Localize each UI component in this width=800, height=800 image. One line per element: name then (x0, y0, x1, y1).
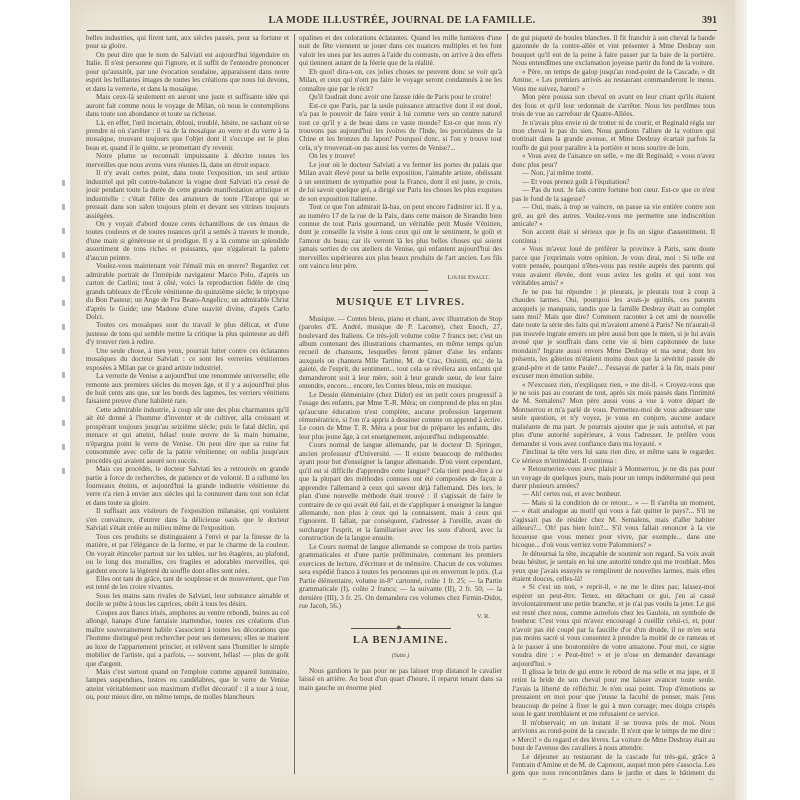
section-title-musique: MUSIQUE ET LIVRES. (299, 299, 502, 307)
column-2: opalines et des colorations éclatantes. … (299, 34, 502, 780)
paragraph: Mais ces procédés, le docteur Salviati l… (86, 465, 289, 507)
paragraph: Qu'il faudrait donc avoir une fausse idé… (299, 93, 502, 101)
column-1: belles industries, qui firent tant, aux … (86, 34, 289, 780)
paragraph: — Pas du tout. Je fais contre fortune bo… (512, 186, 715, 203)
paragraph: Mon père poussa son cheval en avant en l… (512, 93, 715, 118)
paragraph: — Ah! certes oui, et avec bonheur. (512, 490, 715, 498)
newspaper-page: LA MODE ILLUSTRÉE, JOURNAL DE LA FAMILLE… (70, 0, 735, 800)
paragraph: Il suffisait aux visiteurs de l'expositi… (86, 507, 289, 532)
column-rule (507, 34, 508, 774)
paragraph: On peut dire que le nom de Salviati est … (86, 51, 289, 93)
binding-marks (62, 180, 65, 480)
paragraph: « Si c'est un non, » reprit-il, « ne me … (512, 583, 715, 668)
page-number: 391 (702, 15, 717, 26)
paragraph: Là, en effet, l'œil incertain, ébloui, t… (86, 119, 289, 153)
paragraph: On y voyait d'abord douze cents échantil… (86, 220, 289, 262)
paragraph: de gui piqueté de boules blanches. Il fi… (512, 34, 715, 68)
musique-et-livres-body: Musique. — Contes bleus, piano et chant,… (299, 315, 502, 611)
paragraph: belles industries, qui firent tant, aux … (86, 34, 289, 51)
paragraph: Mais c'est surtout quand on l'emploie co… (86, 668, 289, 702)
paragraph: « Retourneriez-vous avec plaisir à Monts… (512, 465, 715, 490)
column-rule (294, 34, 295, 774)
paragraph: Voulez-vous maintenant voir l'émail mis … (86, 262, 289, 321)
paragraph: « Vous m'avez loué de préférer la provin… (512, 245, 715, 287)
paragraph: Il m'observait; en un instant il se trou… (512, 719, 715, 753)
paragraph: Le Dessin élémentaire (chez Didot) est u… (299, 391, 502, 442)
story-body-start: Nous gardions le pas pour ne pas laisser… (299, 667, 502, 692)
paragraph: Il glissa le brin de gui entre le rebord… (512, 668, 715, 719)
paragraph: Je n'avais plus envie ni de trotter ni d… (512, 119, 715, 153)
article-signature: Louise Enault. (299, 274, 490, 282)
paragraph: « N'excusez rien, n'expliquez rien, » me… (512, 381, 715, 449)
paragraph: « Vous avez de l'aisance en selle, » me … (512, 152, 715, 169)
paragraph: Mais ceux-là seulement en auront une jus… (86, 93, 289, 118)
paragraph: opalines et des colorations éclatantes. … (299, 34, 502, 68)
paragraph: Sous les mains sans rivales de Salviati,… (86, 592, 289, 609)
paragraph: Tout ce que l'on admirait là-bas, on peu… (299, 203, 502, 271)
paragraph: Est-ce que Paris, par la seule puissance… (299, 102, 502, 153)
paragraph: — Mais si la condition de ce retour... »… (512, 499, 715, 550)
paragraph: Il n'y avait certes point, dans toute l'… (86, 169, 289, 220)
review-signature: V. R. (299, 613, 490, 621)
paragraph: La verrerie de Venise a aujourd'hui une … (86, 372, 289, 406)
paragraph: Musique. — Contes bleus, piano et chant,… (299, 315, 502, 391)
page-header: LA MODE ILLUSTRÉE, JOURNAL DE LA FAMILLE… (87, 12, 717, 31)
paragraph: « Père, un temps de galop jusqu'au rond-… (512, 68, 715, 93)
paragraph: Notre plume se reconnaît impuissante à d… (86, 152, 289, 169)
paragraph: — Et vous prenez goût à l'équitation? (512, 178, 715, 186)
paragraph: Tous ces produits se distinguaient à l'e… (86, 533, 289, 575)
divider (373, 290, 428, 291)
paragraph: Elles ont tant de grâce, tant de souples… (86, 575, 289, 592)
paragraph: On les y trouve! (299, 152, 502, 160)
paragraph: Cours normal de langue allemande, par le… (299, 441, 502, 542)
paragraph: Toutes ces mosaïques sont du travail le … (86, 321, 289, 346)
paragraph: Cette admirable industrie, à coup sûr un… (86, 406, 289, 465)
paragraph: Coupes aux flancs irisés, amphores au ve… (86, 609, 289, 668)
paragraph: Une seule chose, à mes yeux, pourrait lu… (86, 347, 289, 372)
paragraph: Je détournai la tête, incapable de soute… (512, 550, 715, 584)
paragraph: Nous gardions le pas pour ne pas laisser… (299, 667, 502, 692)
paragraph: Je ne pus lui répondre : je pleurais, je… (512, 288, 715, 381)
salviati-article-end: opalines et des colorations éclatantes. … (299, 34, 502, 271)
paragraph: Eh quoi! dira-t-on, ces jolies choses ne… (299, 68, 502, 93)
journal-title: LA MODE ILLUSTRÉE, JOURNAL DE LA FAMILLE… (87, 15, 717, 26)
paragraph: Son accent était si sérieux que je fis u… (512, 228, 715, 245)
paragraph: — Oui, mais, à trop se vaincre, on passe… (512, 203, 715, 228)
column-3: de gui piqueté de boules blanches. Il fi… (512, 34, 715, 780)
paragraph: — Non, j'ai même trotté. (512, 169, 715, 177)
paragraph: Le jour où le docteur Salviati a vu ferm… (299, 161, 502, 203)
ornamental-divider (351, 628, 451, 629)
paragraph: Le déjeuner au restaurant de la cascade … (512, 753, 715, 780)
paragraph: J'inclinai la tête vers lui sans rien di… (512, 448, 715, 465)
story-title: LA BENJAMINE. (299, 637, 502, 645)
paragraph: Le Cours normal de langue allemande se c… (299, 543, 502, 611)
story-subtitle: (Suite.) (299, 652, 502, 660)
